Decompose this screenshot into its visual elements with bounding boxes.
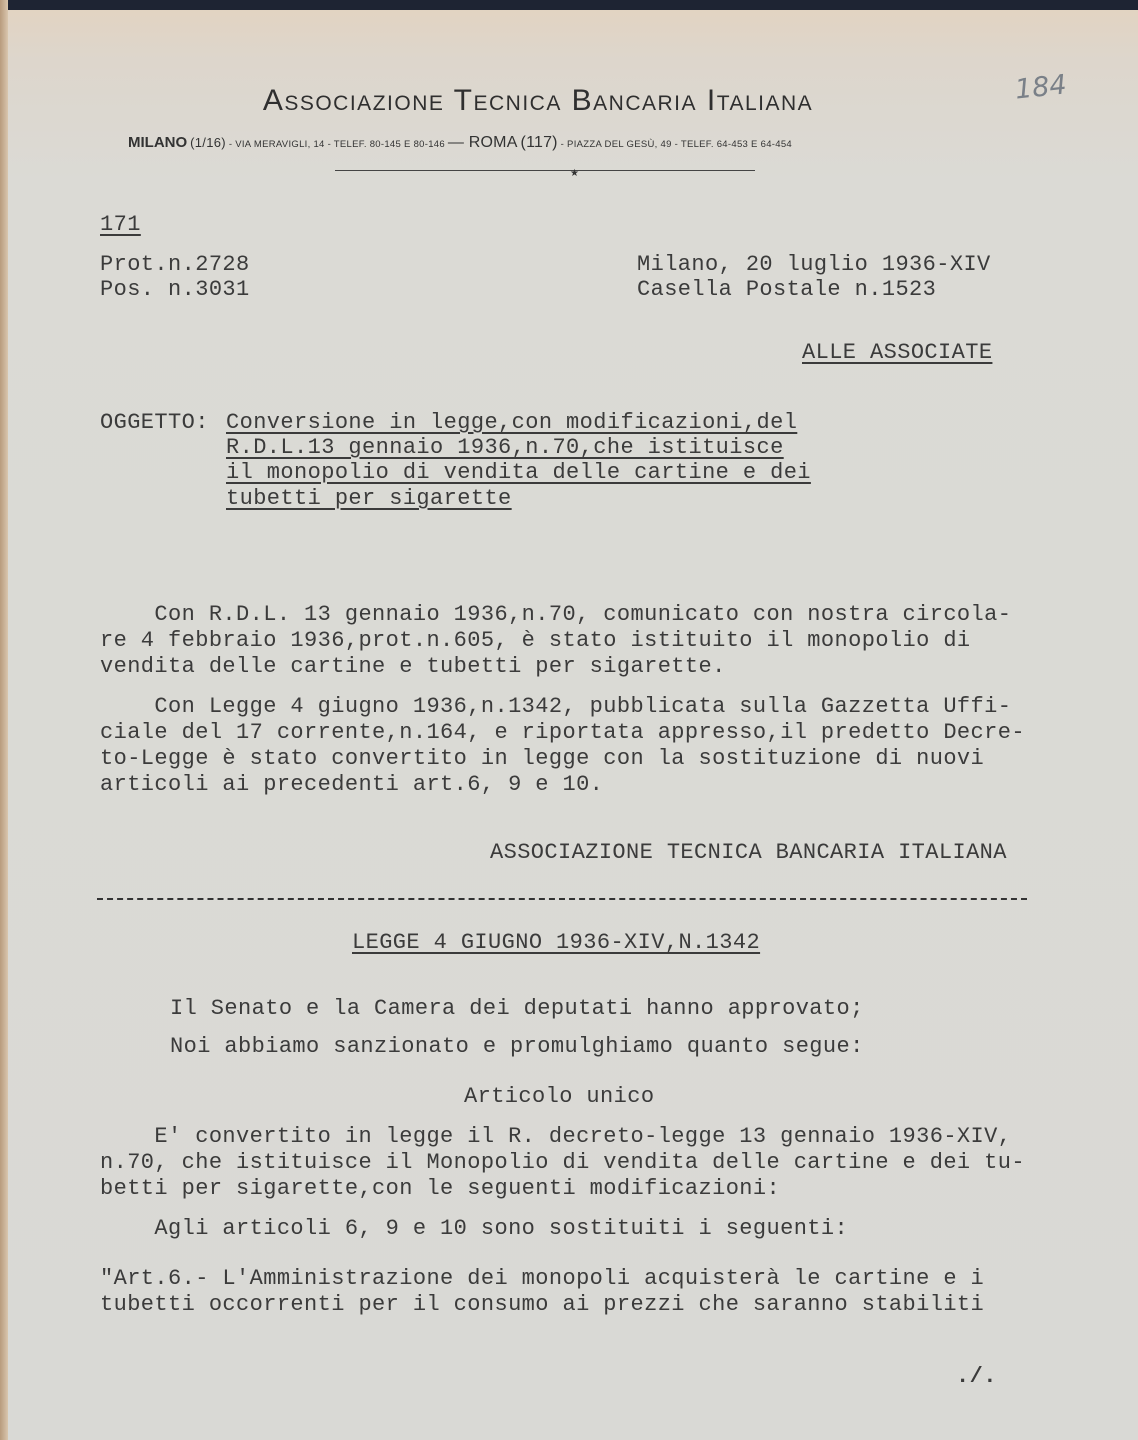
body-line: Con Legge 4 giugno 1936,n.1342, pubblica…: [100, 694, 1011, 719]
separator: —: [448, 134, 469, 151]
circular-number: 171: [100, 212, 141, 237]
roma-code: (117): [521, 134, 558, 151]
article-line: Agli articoli 6, 9 e 10 sono sostituiti …: [100, 1216, 848, 1241]
body-line: Con R.D.L. 13 gennaio 1936,n.70, comunic…: [100, 602, 1011, 627]
continuation-mark: ./.: [956, 1364, 997, 1389]
milano-city: MILANO: [128, 134, 187, 151]
subject-line: tubetti per sigarette: [226, 486, 512, 511]
handwritten-page-number: 184: [1014, 69, 1069, 105]
body-line: re 4 febbraio 1936,prot.n.605, è stato i…: [100, 628, 971, 653]
article-line: n.70, che istituisce il Monopolio di ven…: [100, 1150, 1025, 1175]
law-heading: LEGGE 4 GIUGNO 1936-XIV,N.1342: [352, 930, 760, 955]
protocol-number: Prot.n.2728: [100, 252, 250, 277]
law-preamble: Il Senato e la Camera dei deputati hanno…: [170, 996, 864, 1021]
art6-line: tubetti occorrenti per il consumo ai pre…: [100, 1292, 984, 1317]
star-ornament-icon: ★: [570, 168, 579, 179]
scan-border-left: [0, 0, 8, 1440]
position-number: Pos. n.3031: [100, 277, 250, 302]
subject-line: R.D.L.13 gennaio 1936,n.70,che istituisc…: [226, 435, 784, 460]
letterhead-rule: [335, 170, 755, 171]
body-line: vendita delle cartine e tubetti per siga…: [100, 654, 726, 679]
subject-label: OGGETTO:: [100, 410, 209, 435]
po-box: Casella Postale n.1523: [637, 277, 936, 302]
article-title: Articolo unico: [464, 1084, 654, 1109]
body-line: to-Legge è stato convertito in legge con…: [100, 746, 984, 771]
body-line: articoli ai precedenti art.6, 9 e 10.: [100, 772, 603, 797]
roma-city: ROMA: [469, 134, 518, 151]
letterhead-title: Associazione Tecnica Bancaria Italiana: [0, 84, 1138, 118]
article-line: E' convertito in legge il R. decreto-leg…: [100, 1124, 1011, 1149]
milano-address: - VIA MERAVIGLI, 14 - TELEF. 80-145 E 80…: [226, 139, 448, 150]
section-divider: [97, 898, 1027, 900]
place-date: Milano, 20 luglio 1936-XIV: [637, 252, 991, 277]
letterhead-address: MILANO (1/16) - VIA MERAVIGLI, 14 - TELE…: [128, 134, 792, 152]
milano-code: (1/16): [190, 135, 226, 150]
scan-border-top: [8, 0, 1138, 10]
body-line: ciale del 17 corrente,n.164, e riportata…: [100, 720, 1025, 745]
document-page: Associazione Tecnica Bancaria Italiana M…: [0, 0, 1138, 1440]
recipient: ALLE ASSOCIATE: [802, 340, 992, 365]
subject-line: il monopolio di vendita delle cartine e …: [226, 460, 811, 485]
article-line: betti per sigarette,con le seguenti modi…: [100, 1176, 780, 1201]
art6-line: "Art.6.- L'Amministrazione dei monopoli …: [100, 1266, 984, 1291]
roma-address: - PIAZZA DEL GESÙ, 49 - TELEF. 64-453 E …: [558, 139, 792, 150]
law-preamble: Noi abbiamo sanzionato e promulghiamo qu…: [170, 1034, 864, 1059]
subject-line: Conversione in legge,con modificazioni,d…: [226, 410, 797, 435]
signature: ASSOCIAZIONE TECNICA BANCARIA ITALIANA: [490, 840, 1007, 865]
